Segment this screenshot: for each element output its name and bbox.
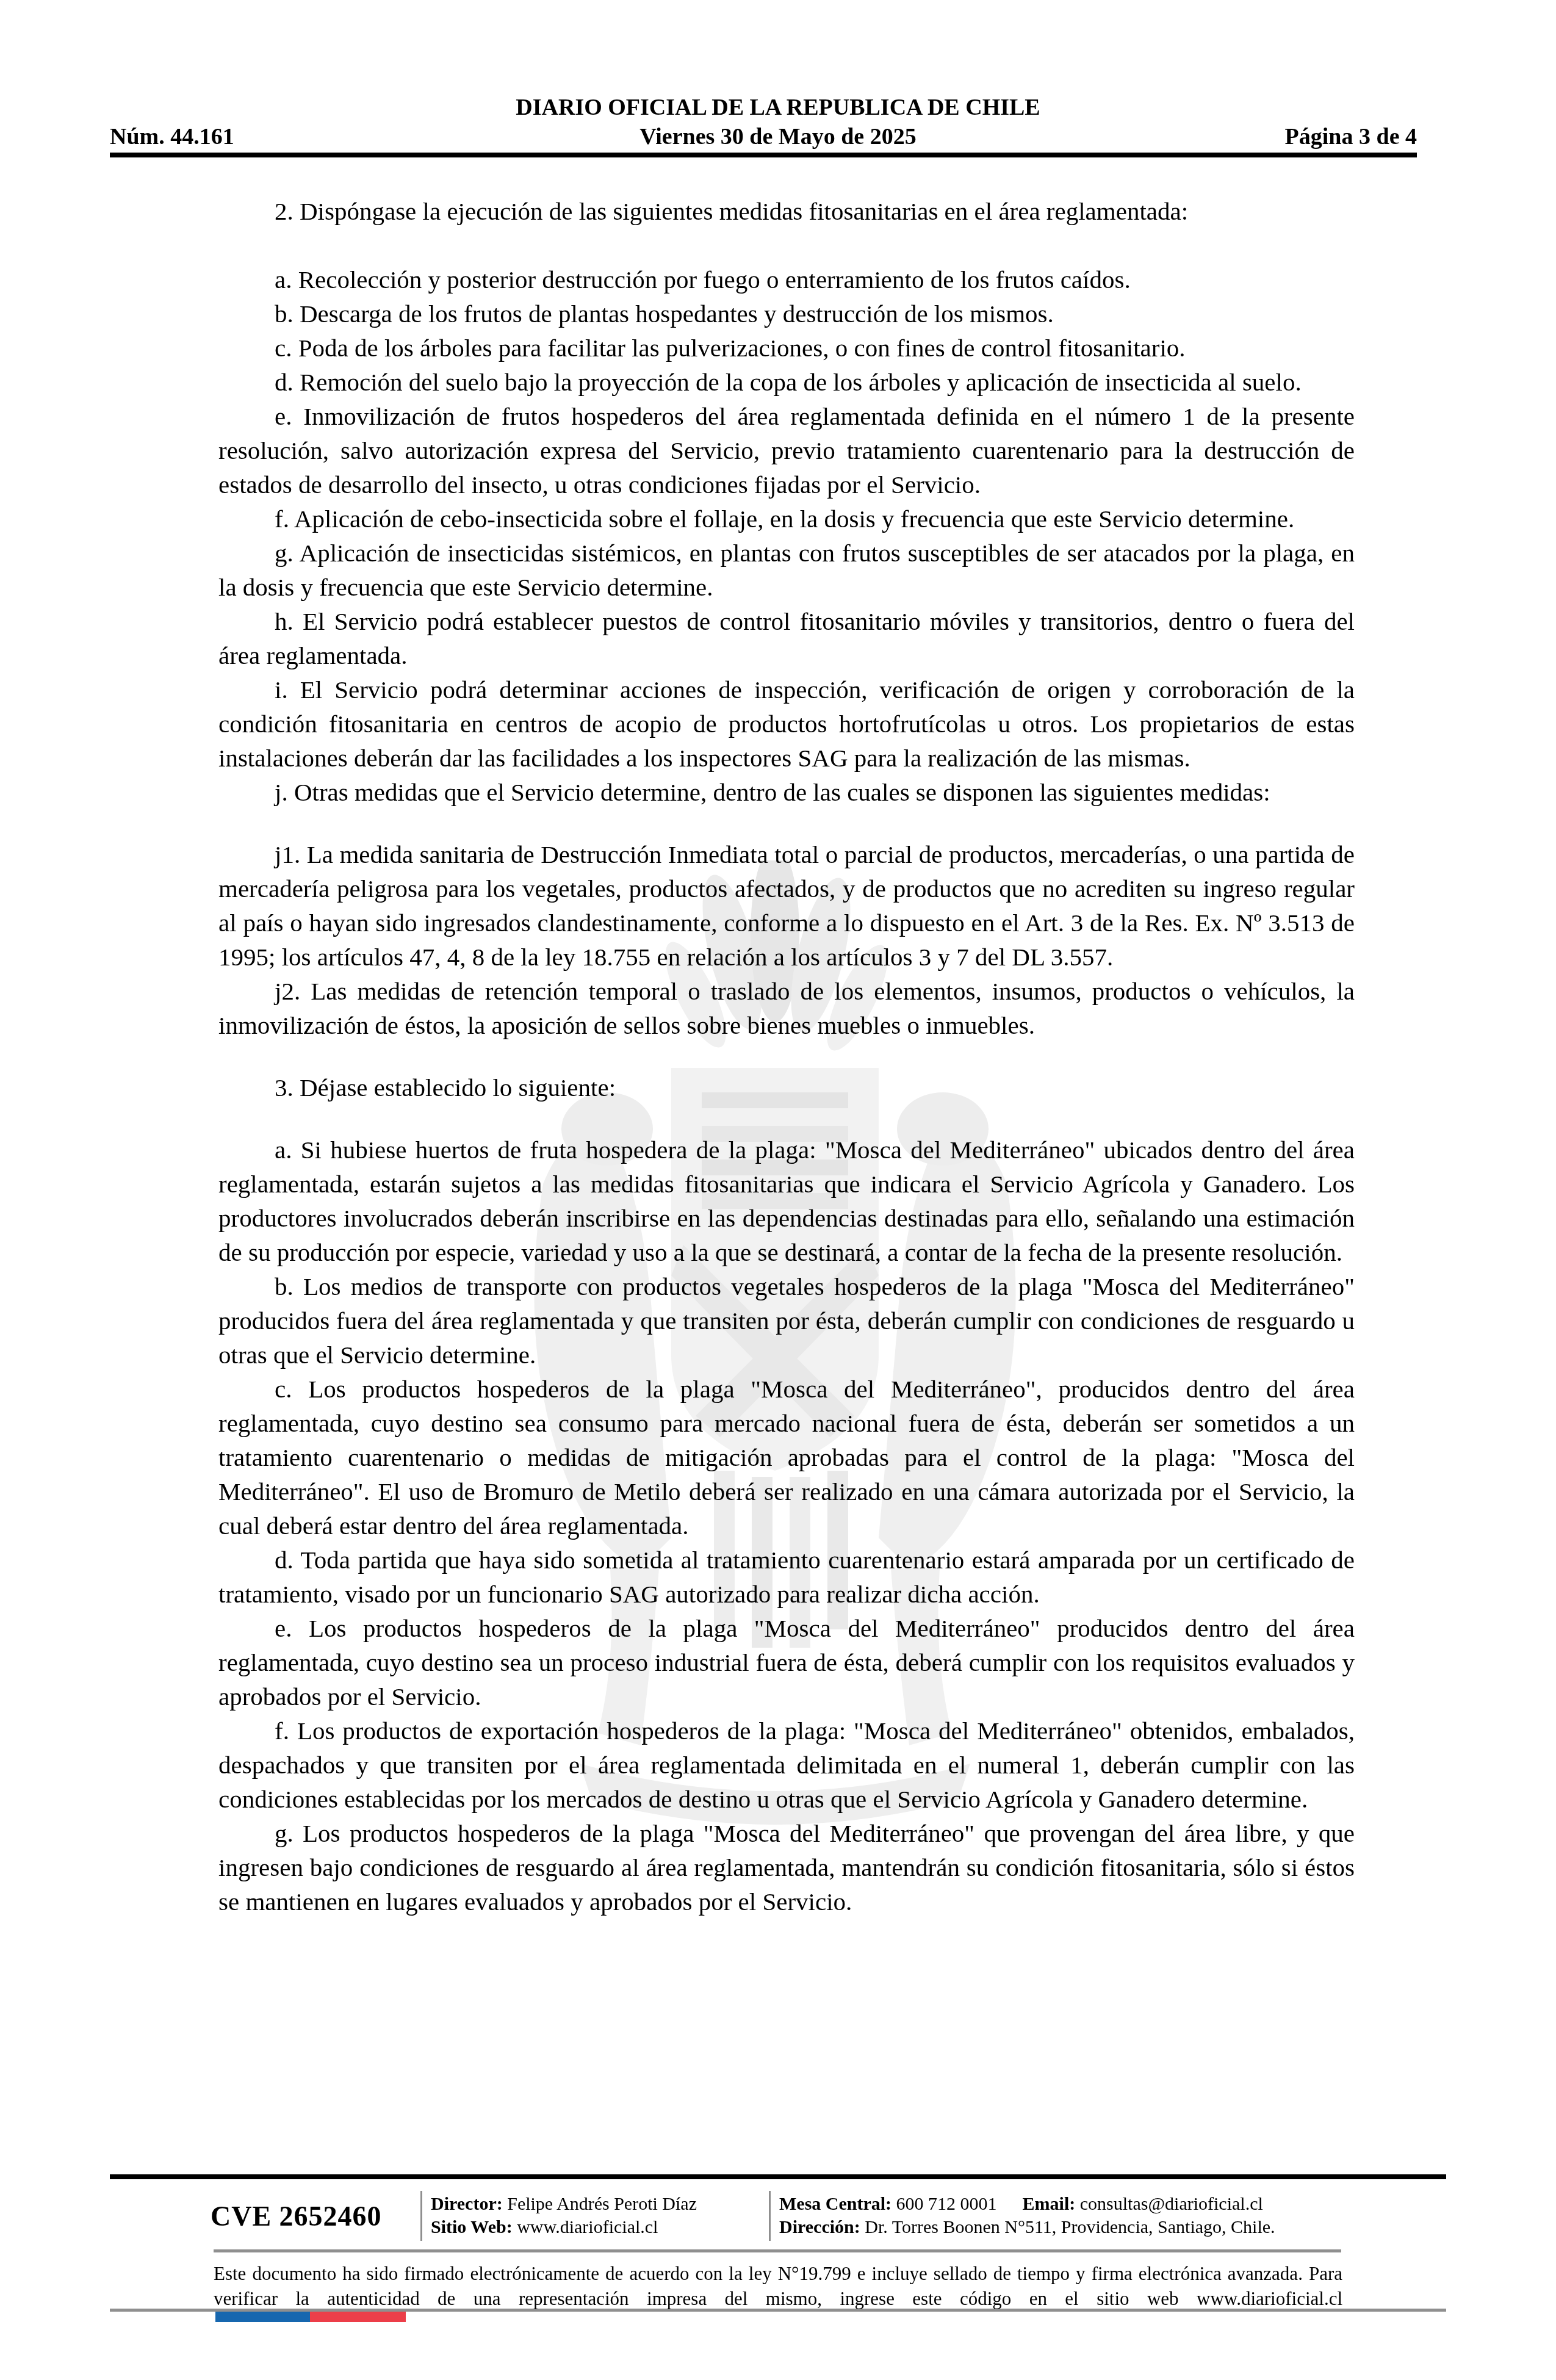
footer-middle-rule (214, 2249, 1341, 2252)
sitio-web-line: Sitio Web: www.diarioficial.cl (431, 2216, 760, 2239)
sitio-web-label: Sitio Web: (431, 2217, 513, 2237)
director-line: Director: Felipe Andrés Peroti Díaz (431, 2193, 760, 2216)
direccion-line: Dirección: Dr. Torres Boonen N°511, Prov… (779, 2216, 1350, 2239)
paragraph: 3. Déjase establecido lo siguiente: (218, 1070, 1355, 1105)
paragraph: g. Los productos hospederos de la plaga … (218, 1816, 1355, 1919)
gazette-page: DIARIO OFICIAL DE LA REPUBLICA DE CHILE … (0, 0, 1556, 2380)
paragraph: g. Aplicación de insecticidas sistémicos… (218, 536, 1355, 604)
paragraph: i. El Servicio podrá determinar acciones… (218, 673, 1355, 775)
header-rule (110, 153, 1417, 157)
paragraph: a. Si hubiese huertos de fruta hospedera… (218, 1133, 1355, 1269)
direccion-label: Dirección: (779, 2217, 860, 2237)
sitio-web-value[interactable]: www.diarioficial.cl (517, 2217, 658, 2237)
paragraph: b. Descarga de los frutos de plantas hos… (218, 297, 1355, 331)
email-value[interactable]: consultas@diarioficial.cl (1080, 2194, 1263, 2214)
chile-flag-mark (215, 2312, 406, 2322)
director-label: Director: (431, 2194, 503, 2214)
cve-code: CVE 2652460 (211, 2200, 412, 2232)
footer-top-rule (110, 2174, 1446, 2179)
paragraph: a. Recolección y posterior destrucción p… (218, 262, 1355, 297)
footer-divider (420, 2191, 422, 2241)
header-meta-row: Núm. 44.161 Viernes 30 de Mayo de 2025 P… (0, 123, 1556, 149)
page-indicator: Página 3 de 4 (1285, 123, 1417, 150)
document-body: 2. Dispóngase la ejecución de las siguie… (218, 194, 1355, 1919)
footer-divider (769, 2191, 771, 2241)
footer-contact-block: Mesa Central: 600 712 0001Email: consult… (779, 2193, 1350, 2239)
mesa-central-label: Mesa Central: (779, 2194, 891, 2214)
paragraph: f. Los productos de exportación hospeder… (218, 1714, 1355, 1816)
paragraph: j2. Las medidas de retención temporal o … (218, 974, 1355, 1042)
paragraph: j. Otras medidas que el Servicio determi… (218, 775, 1355, 809)
mesa-central-line: Mesa Central: 600 712 0001Email: consult… (779, 2193, 1350, 2216)
paragraph: d. Remoción del suelo bajo la proyección… (218, 365, 1355, 399)
footer-info-bar: CVE 2652460 Director: Felipe Andrés Pero… (211, 2188, 1350, 2243)
footer-director-block: Director: Felipe Andrés Peroti Díaz Siti… (431, 2193, 760, 2239)
direccion-value: Dr. Torres Boonen N°511, Providencia, Sa… (865, 2217, 1275, 2237)
paragraph: h. El Servicio podrá establecer puestos … (218, 604, 1355, 673)
email-label: Email: (1023, 2194, 1076, 2214)
flag-red-block (310, 2312, 406, 2322)
paragraph: e. Los productos hospederos de la plaga … (218, 1611, 1355, 1714)
paragraph: d. Toda partida que haya sido sometida a… (218, 1543, 1355, 1611)
paragraph: c. Poda de los árboles para facilitar la… (218, 331, 1355, 365)
legal-notice: Este documento ha sido firmado electróni… (214, 2261, 1342, 2311)
paragraph: e. Inmovilización de frutos hospederos d… (218, 399, 1355, 502)
paragraph: 2. Dispóngase la ejecución de las siguie… (218, 194, 1355, 228)
paragraph: j1. La medida sanitaria de Destrucción I… (218, 837, 1355, 974)
newspaper-title: DIARIO OFICIAL DE LA REPUBLICA DE CHILE (0, 95, 1556, 120)
paragraph: c. Los productos hospederos de la plaga … (218, 1372, 1355, 1543)
flag-blue-block (215, 2312, 310, 2322)
paragraph: b. Los medios de transporte con producto… (218, 1269, 1355, 1372)
mesa-central-value: 600 712 0001 (896, 2194, 997, 2214)
director-value: Felipe Andrés Peroti Díaz (507, 2194, 697, 2214)
paragraph: f. Aplicación de cebo-insecticida sobre … (218, 502, 1355, 536)
